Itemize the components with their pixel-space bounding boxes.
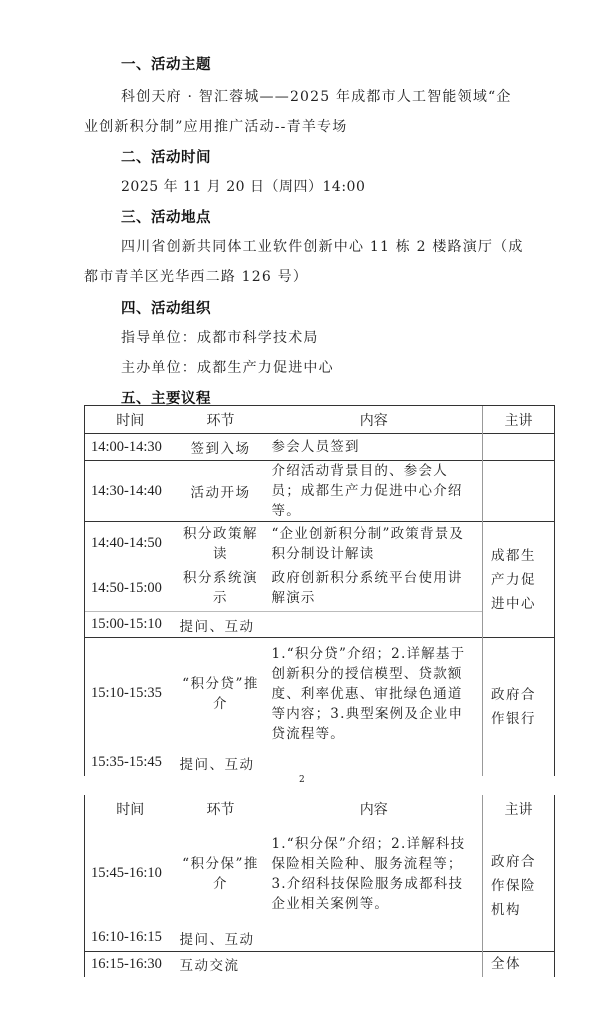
guiding-unit-text: 指导单位：成都市科学技术局 [121,327,319,347]
table-header-row: 时间 环节 内容 主讲 [85,795,555,822]
venue-text-line1: 四川省创新共同体工业软件创新中心 11 栋 2 楼路演厅（成 [121,236,524,256]
row-content: 1.“积分保”介绍；2.详解科技保险相关险种、服务流程等；3.介绍科技保险服务成… [266,822,483,925]
agenda-table: 时间 环节 内容 主讲 14:00-14:30 签到入场 参会人员签到 14:3… [84,405,555,776]
table-row: 14:00-14:30 签到入场 参会人员签到 [85,434,555,461]
page-number: 2 [299,775,305,785]
header-content: 内容 [266,795,483,822]
row-section: 积分系统演示 [176,566,266,612]
section-heading-venue: 三、活动地点 [121,206,211,227]
row-speaker-merged: 政府合作保险机构 [483,822,555,951]
row-time: 15:00-15:10 [85,612,176,638]
row-time: 14:30-14:40 [85,461,176,522]
row-time: 14:50-15:00 [85,566,176,612]
row-section: 活动开场 [176,461,266,522]
theme-text-line1: 科创天府 · 智汇蓉城——2025 年成都市人工智能领域“企 [121,86,512,106]
row-time: 15:45-16:10 [85,822,176,925]
row-speaker [483,461,555,522]
header-speaker: 主讲 [483,406,555,434]
row-time: 15:10-15:35 [85,638,176,750]
row-time: 16:15-16:30 [85,951,176,977]
host-unit-text: 主办单位：成都生产力促进中心 [121,357,334,377]
row-speaker-merged: 政府合作银行 [483,638,555,776]
header-section: 环节 [176,795,266,822]
row-content: 参会人员签到 [266,434,483,461]
row-section: 互动交流 [176,951,483,977]
header-section: 环节 [176,406,266,434]
row-section: 提问、互动 [176,612,483,638]
row-section: 积分政策解读 [176,522,266,566]
table-row: 14:40-14:50 积分政策解读 “企业创新积分制”政策背景及积分制设计解读… [85,522,555,566]
header-time: 时间 [85,406,176,434]
header-speaker: 主讲 [483,795,555,822]
theme-text-line2: 业创新积分制”应用推广活动--青羊专场 [84,116,347,136]
venue-text-line2: 都市青羊区光华西二路 126 号） [84,266,308,286]
table-row: 15:10-15:35 “积分贷”推介 1.“积分贷”介绍；2.详解基于创新积分… [85,638,555,750]
section-heading-organization: 四、活动组织 [121,297,211,318]
row-content: 介绍活动背景目的、参会人员；成都生产力促进中心介绍等。 [266,461,483,522]
table-header-row: 时间 环节 内容 主讲 [85,406,555,434]
row-section: 提问、互动 [176,925,483,951]
agenda-table-continued: 时间 环节 内容 主讲 15:45-16:10 “积分保”推介 1.“积分保”介… [84,795,555,977]
row-time: 16:10-16:15 [85,925,176,951]
row-section: 提问、互动 [176,750,483,776]
row-section: 签到入场 [176,434,266,461]
row-section: “积分保”推介 [176,822,266,925]
event-time-text: 2025 年 11 月 20 日（周四）14:00 [121,176,365,196]
row-content: “企业创新积分制”政策背景及积分制设计解读 [266,522,483,566]
row-speaker-merged: 成都生产力促进中心 [483,522,555,638]
row-time: 14:00-14:30 [85,434,176,461]
row-content: 1.“积分贷”介绍；2.详解基于创新积分的授信模型、贷款额度、利率优惠、审批绿色… [266,638,483,750]
document-page: 一、活动主题 科创天府 · 智汇蓉城——2025 年成都市人工智能领域“企 业创… [0,0,600,1027]
table-row: 15:45-16:10 “积分保”推介 1.“积分保”介绍；2.详解科技保险相关… [85,822,555,925]
row-speaker [483,434,555,461]
header-time: 时间 [85,795,176,822]
row-section: “积分贷”推介 [176,638,266,750]
row-time: 15:35-15:45 [85,750,176,776]
row-content: 政府创新积分系统平台使用讲解演示 [266,566,483,612]
header-content: 内容 [266,406,483,434]
section-heading-theme: 一、活动主题 [121,53,211,74]
section-heading-time: 二、活动时间 [121,146,211,167]
table-row: 14:30-14:40 活动开场 介绍活动背景目的、参会人员；成都生产力促进中心… [85,461,555,522]
table-row: 16:15-16:30 互动交流 全体 [85,951,555,977]
row-time: 14:40-14:50 [85,522,176,566]
row-speaker: 全体 [483,951,555,977]
